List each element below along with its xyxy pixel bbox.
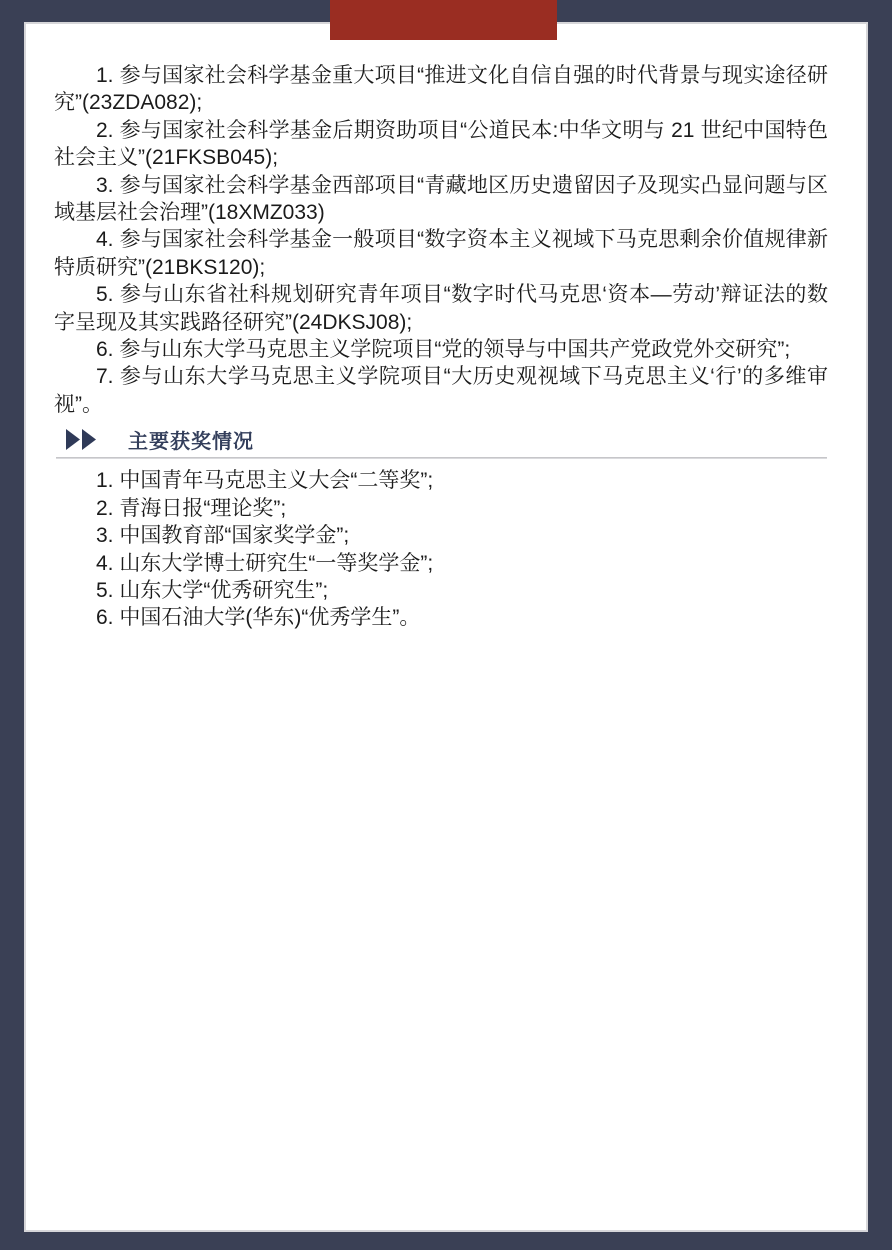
project-item: 1. 参与国家社会科学基金重大项目“推进文化自信自强的时代背景与现实途径研究”(… xyxy=(54,62,828,117)
awards-section-header: 主要获奖情况 xyxy=(66,425,828,453)
award-item: 3. 中国教育部“国家奖学金”; xyxy=(54,522,828,549)
double-chevron-right-icon xyxy=(66,429,100,450)
awards-section: 1. 中国青年马克思主义大会“二等奖”; 2. 青海日报“理论奖”; 3. 中国… xyxy=(54,467,828,631)
document-content: 1. 参与国家社会科学基金重大项目“推进文化自信自强的时代背景与现实途径研究”(… xyxy=(54,62,828,632)
award-item: 6. 中国石油大学(华东)“优秀学生”。 xyxy=(54,604,828,631)
award-item: 2. 青海日报“理论奖”; xyxy=(54,495,828,522)
bookmark-tab xyxy=(330,0,557,40)
project-item: 3. 参与国家社会科学基金西部项目“青藏地区历史遗留因子及现实凸显问题与区域基层… xyxy=(54,172,828,227)
projects-section: 1. 参与国家社会科学基金重大项目“推进文化自信自强的时代背景与现实途径研究”(… xyxy=(54,62,828,418)
project-item: 5. 参与山东省社科规划研究青年项目“数字时代马克思‘资本—劳动’辩证法的数字呈… xyxy=(54,281,828,336)
project-item: 2. 参与国家社会科学基金后期资助项目“公道民本:中华文明与 21 世纪中国特色… xyxy=(54,117,828,172)
section-title: 主要获奖情况 xyxy=(128,425,254,454)
award-item: 1. 中国青年马克思主义大会“二等奖”; xyxy=(54,467,828,494)
page-frame: 1. 参与国家社会科学基金重大项目“推进文化自信自强的时代背景与现实途径研究”(… xyxy=(0,0,892,1250)
project-item: 7. 参与山东大学马克思主义学院项目“大历史观视域下马克思主义‘行’的多维审视”… xyxy=(54,363,828,418)
project-item: 4. 参与国家社会科学基金一般项目“数字资本主义视域下马克思剩余价值规律新特质研… xyxy=(54,226,828,281)
award-item: 5. 山东大学“优秀研究生”; xyxy=(54,577,828,604)
project-item: 6. 参与山东大学马克思主义学院项目“党的领导与中国共产党政党外交研究”; xyxy=(54,336,828,363)
section-divider xyxy=(56,457,827,459)
document-page: 1. 参与国家社会科学基金重大项目“推进文化自信自强的时代背景与现实途径研究”(… xyxy=(26,24,866,1230)
award-item: 4. 山东大学博士研究生“一等奖学金”; xyxy=(54,550,828,577)
